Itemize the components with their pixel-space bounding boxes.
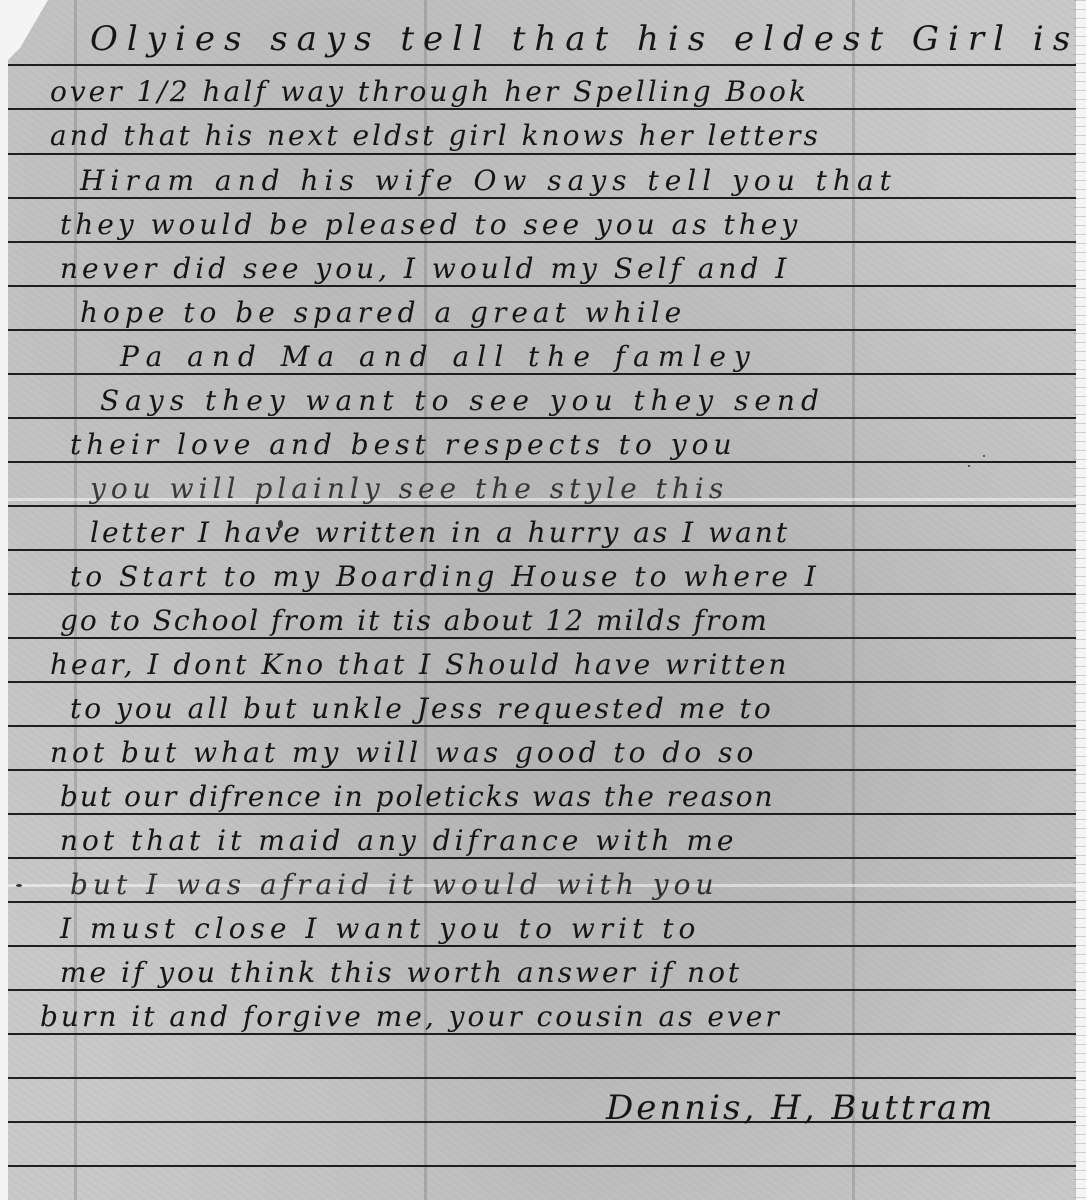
ruled-line bbox=[8, 153, 1076, 155]
ruled-line bbox=[8, 373, 1076, 375]
ruled-line bbox=[8, 505, 1076, 507]
ruled-line bbox=[8, 769, 1076, 771]
ruled-line bbox=[8, 901, 1076, 903]
letter-line: you will plainly see the style this bbox=[90, 475, 728, 503]
letter-line: I must close I want you to writ to bbox=[60, 915, 700, 943]
ruled-line bbox=[8, 945, 1076, 947]
ruled-line bbox=[8, 241, 1076, 243]
letter-line: Says they want to see you they send bbox=[100, 387, 825, 415]
letter-line: and that his next eldst girl knows her l… bbox=[50, 122, 821, 150]
ruled-line bbox=[8, 1033, 1076, 1035]
signature: Dennis, H, Buttram bbox=[606, 1088, 995, 1128]
letter-line: but I was afraid it would with you bbox=[70, 871, 718, 899]
letter-line: hear, I dont Kno that I Should have writ… bbox=[50, 651, 789, 679]
ruled-line bbox=[8, 1077, 1076, 1079]
ink-blot bbox=[278, 520, 283, 528]
letter-line: hope to be spared a great while bbox=[80, 299, 686, 327]
ruled-line bbox=[8, 593, 1076, 595]
letter-line: Olyies says tell that his eldest Girl is bbox=[90, 22, 1079, 56]
ruled-line bbox=[8, 549, 1076, 551]
ruled-line bbox=[8, 681, 1076, 683]
letter-line: not but what my will was good to do so bbox=[50, 739, 757, 767]
ruled-line bbox=[8, 108, 1076, 110]
ruled-line bbox=[8, 989, 1076, 991]
ruled-line bbox=[8, 857, 1076, 859]
ruled-line bbox=[8, 285, 1076, 287]
ruled-line bbox=[8, 813, 1076, 815]
scan-speck bbox=[983, 455, 985, 457]
letter-line: their love and best respects to you bbox=[70, 431, 737, 459]
letter-line: Hiram and his wife Ow says tell you that bbox=[80, 167, 897, 195]
letter-line: never did see you, I would my Self and I bbox=[60, 255, 790, 283]
scan-speck bbox=[968, 465, 970, 467]
letter-line: Pa and Ma and all the famley bbox=[120, 343, 758, 371]
ruled-line bbox=[8, 461, 1076, 463]
ruled-line bbox=[8, 1165, 1076, 1167]
letter-line: to Start to my Boarding House to where I bbox=[70, 563, 820, 591]
letter-line: but our difrence in poleticks was the re… bbox=[60, 783, 775, 811]
letter-line: letter I have written in a hurry as I wa… bbox=[90, 519, 790, 547]
ruled-line bbox=[8, 637, 1076, 639]
letter-line: go to School from it tis about 12 milds … bbox=[60, 607, 769, 635]
letter-line: burn it and forgive me, your cousin as e… bbox=[40, 1003, 782, 1031]
ruled-line bbox=[8, 417, 1076, 419]
letter-line: me if you think this worth answer if not bbox=[60, 959, 742, 987]
ruled-line bbox=[8, 64, 1076, 66]
ink-blot bbox=[16, 884, 22, 887]
letter-line: they would be pleased to see you as they bbox=[60, 211, 801, 239]
ruled-line bbox=[8, 197, 1076, 199]
letter-line: over 1/2 half way through her Spelling B… bbox=[50, 78, 809, 106]
ruled-line bbox=[8, 329, 1076, 331]
letter-paper: Olyies says tell that his eldest Girl is… bbox=[8, 0, 1076, 1200]
ruled-line bbox=[8, 725, 1076, 727]
letter-line: to you all but unkle Jess requested me t… bbox=[70, 695, 774, 723]
scan-edge bbox=[1074, 0, 1086, 1200]
letter-line: not that it maid any difrance with me bbox=[60, 827, 737, 855]
